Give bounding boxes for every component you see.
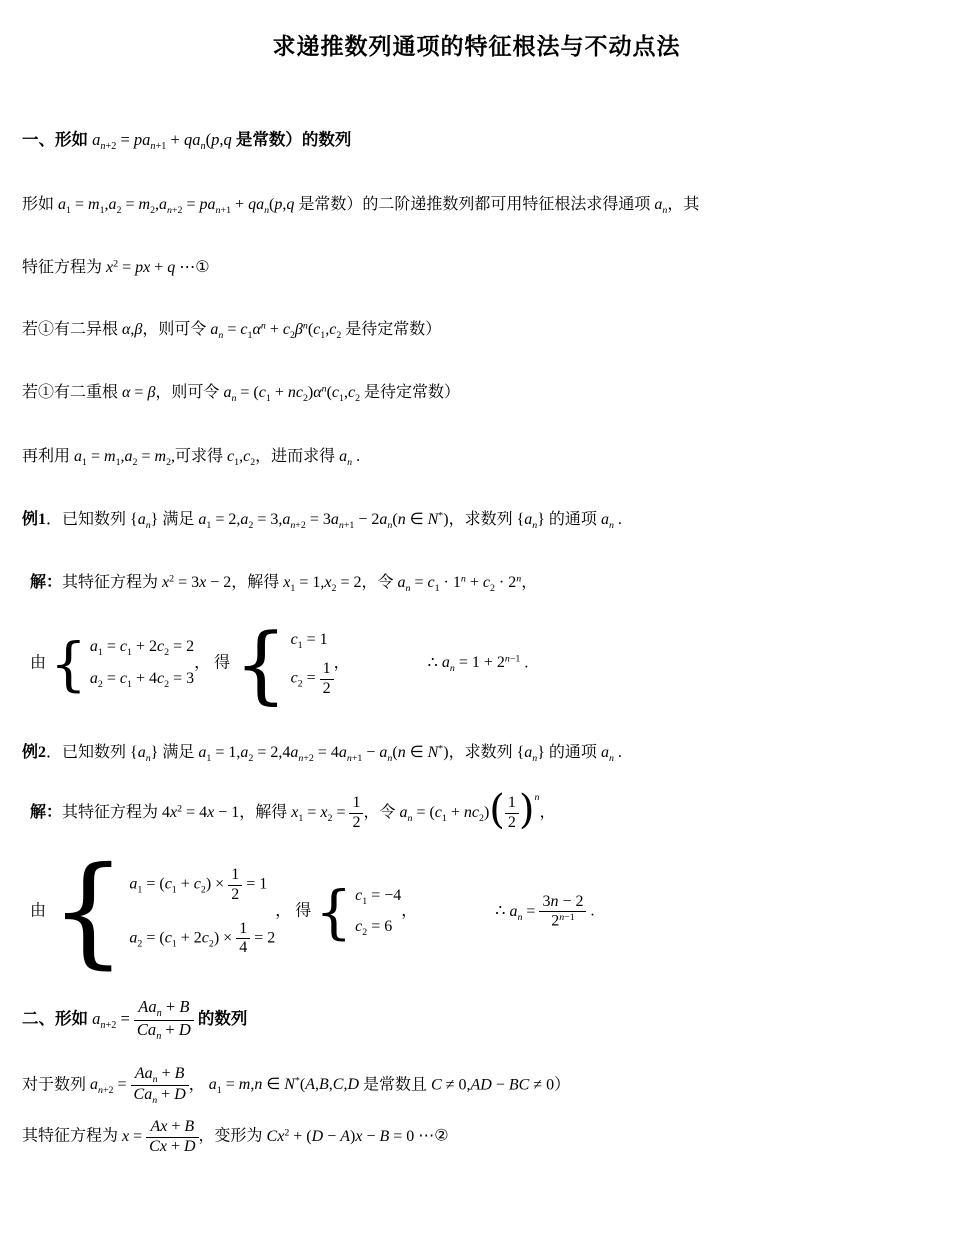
example2-solution-step: 解：其特征方程为 4x2 = 4x − 1，解得 x1 = x2 = 12，令 … (22, 791, 931, 832)
section1-distinct-roots-case: 若①有二异根 α,β，则可令 an = c1αn + c2βn(c1,c2 是待… (22, 319, 931, 342)
document-page: 求递推数列通项的特征根法与不动点法 一、形如 an+2 = pan+1 + qa… (0, 0, 953, 1236)
example1-solved-system: {c1 = 1c2 = 12 (234, 622, 334, 706)
example1-solution-step: 解：其特征方程为 x2 = 3x − 2，解得 x1 = 1,x2 = 2，令 … (22, 572, 931, 595)
section1-characteristic-equation: 特征方程为 x2 = px + q ⋯① (22, 257, 931, 279)
example2-system-and-result: 由 {a1 = (c1 + c2) × 12 = 1a2 = (c1 + 2c2… (22, 852, 931, 972)
section1-heading: 一、形如 an+2 = pan+1 + qan(p,q 是常数）的数列 (22, 129, 931, 154)
example2-given-system: {a1 = (c1 + c2) × 12 = 1a2 = (c1 + 2c2) … (50, 852, 275, 972)
left-brace: { (50, 635, 87, 693)
section1-double-root-case: 若①有二重根 α = β，则可令 an = (c1 + nc2)αn(c1,c2… (22, 382, 931, 405)
section2-characteristic-equation: 其特征方程为 x = Ax + BCx + D，变形为 Cx2 + (D − A… (22, 1118, 931, 1156)
example1-given-system: {a1 = c1 + 2c2 = 2a2 = c1 + 4c2 = 3 (50, 635, 194, 693)
example2-solved-system: {c1 = −4c2 = 6 (315, 883, 401, 941)
section1-solve-constants: 再利用 a1 = m1,a2 = m2,可求得 c1,c2，进而求得 an . (22, 446, 931, 469)
left-brace: { (234, 622, 287, 706)
left-brace: { (315, 883, 352, 941)
example1-problem: 例1．已知数列 {an} 满足 a1 = 2,a2 = 3,an+2 = 3an… (22, 509, 931, 532)
section1-intro: 形如 a1 = m1,a2 = m2,an+2 = pan+1 + qan(p,… (22, 194, 931, 217)
example1-system-and-result: 由 {a1 = c1 + 2c2 = 2a2 = c1 + 4c2 = 3， 得… (22, 622, 931, 706)
section2-heading: 二、形如 an+2 = Aan + BCan + D 的数列 (22, 998, 931, 1043)
document-title: 求递推数列通项的特征根法与不动点法 (22, 28, 931, 61)
example2-problem: 例2．已知数列 {an} 满足 a1 = 1,a2 = 2,4an+2 = 4a… (22, 742, 931, 765)
section2-setup: 对于数列 an+2 = Aan + BCan + D， a1 = m,n ∈ N… (22, 1065, 931, 1107)
left-brace: { (50, 852, 126, 972)
